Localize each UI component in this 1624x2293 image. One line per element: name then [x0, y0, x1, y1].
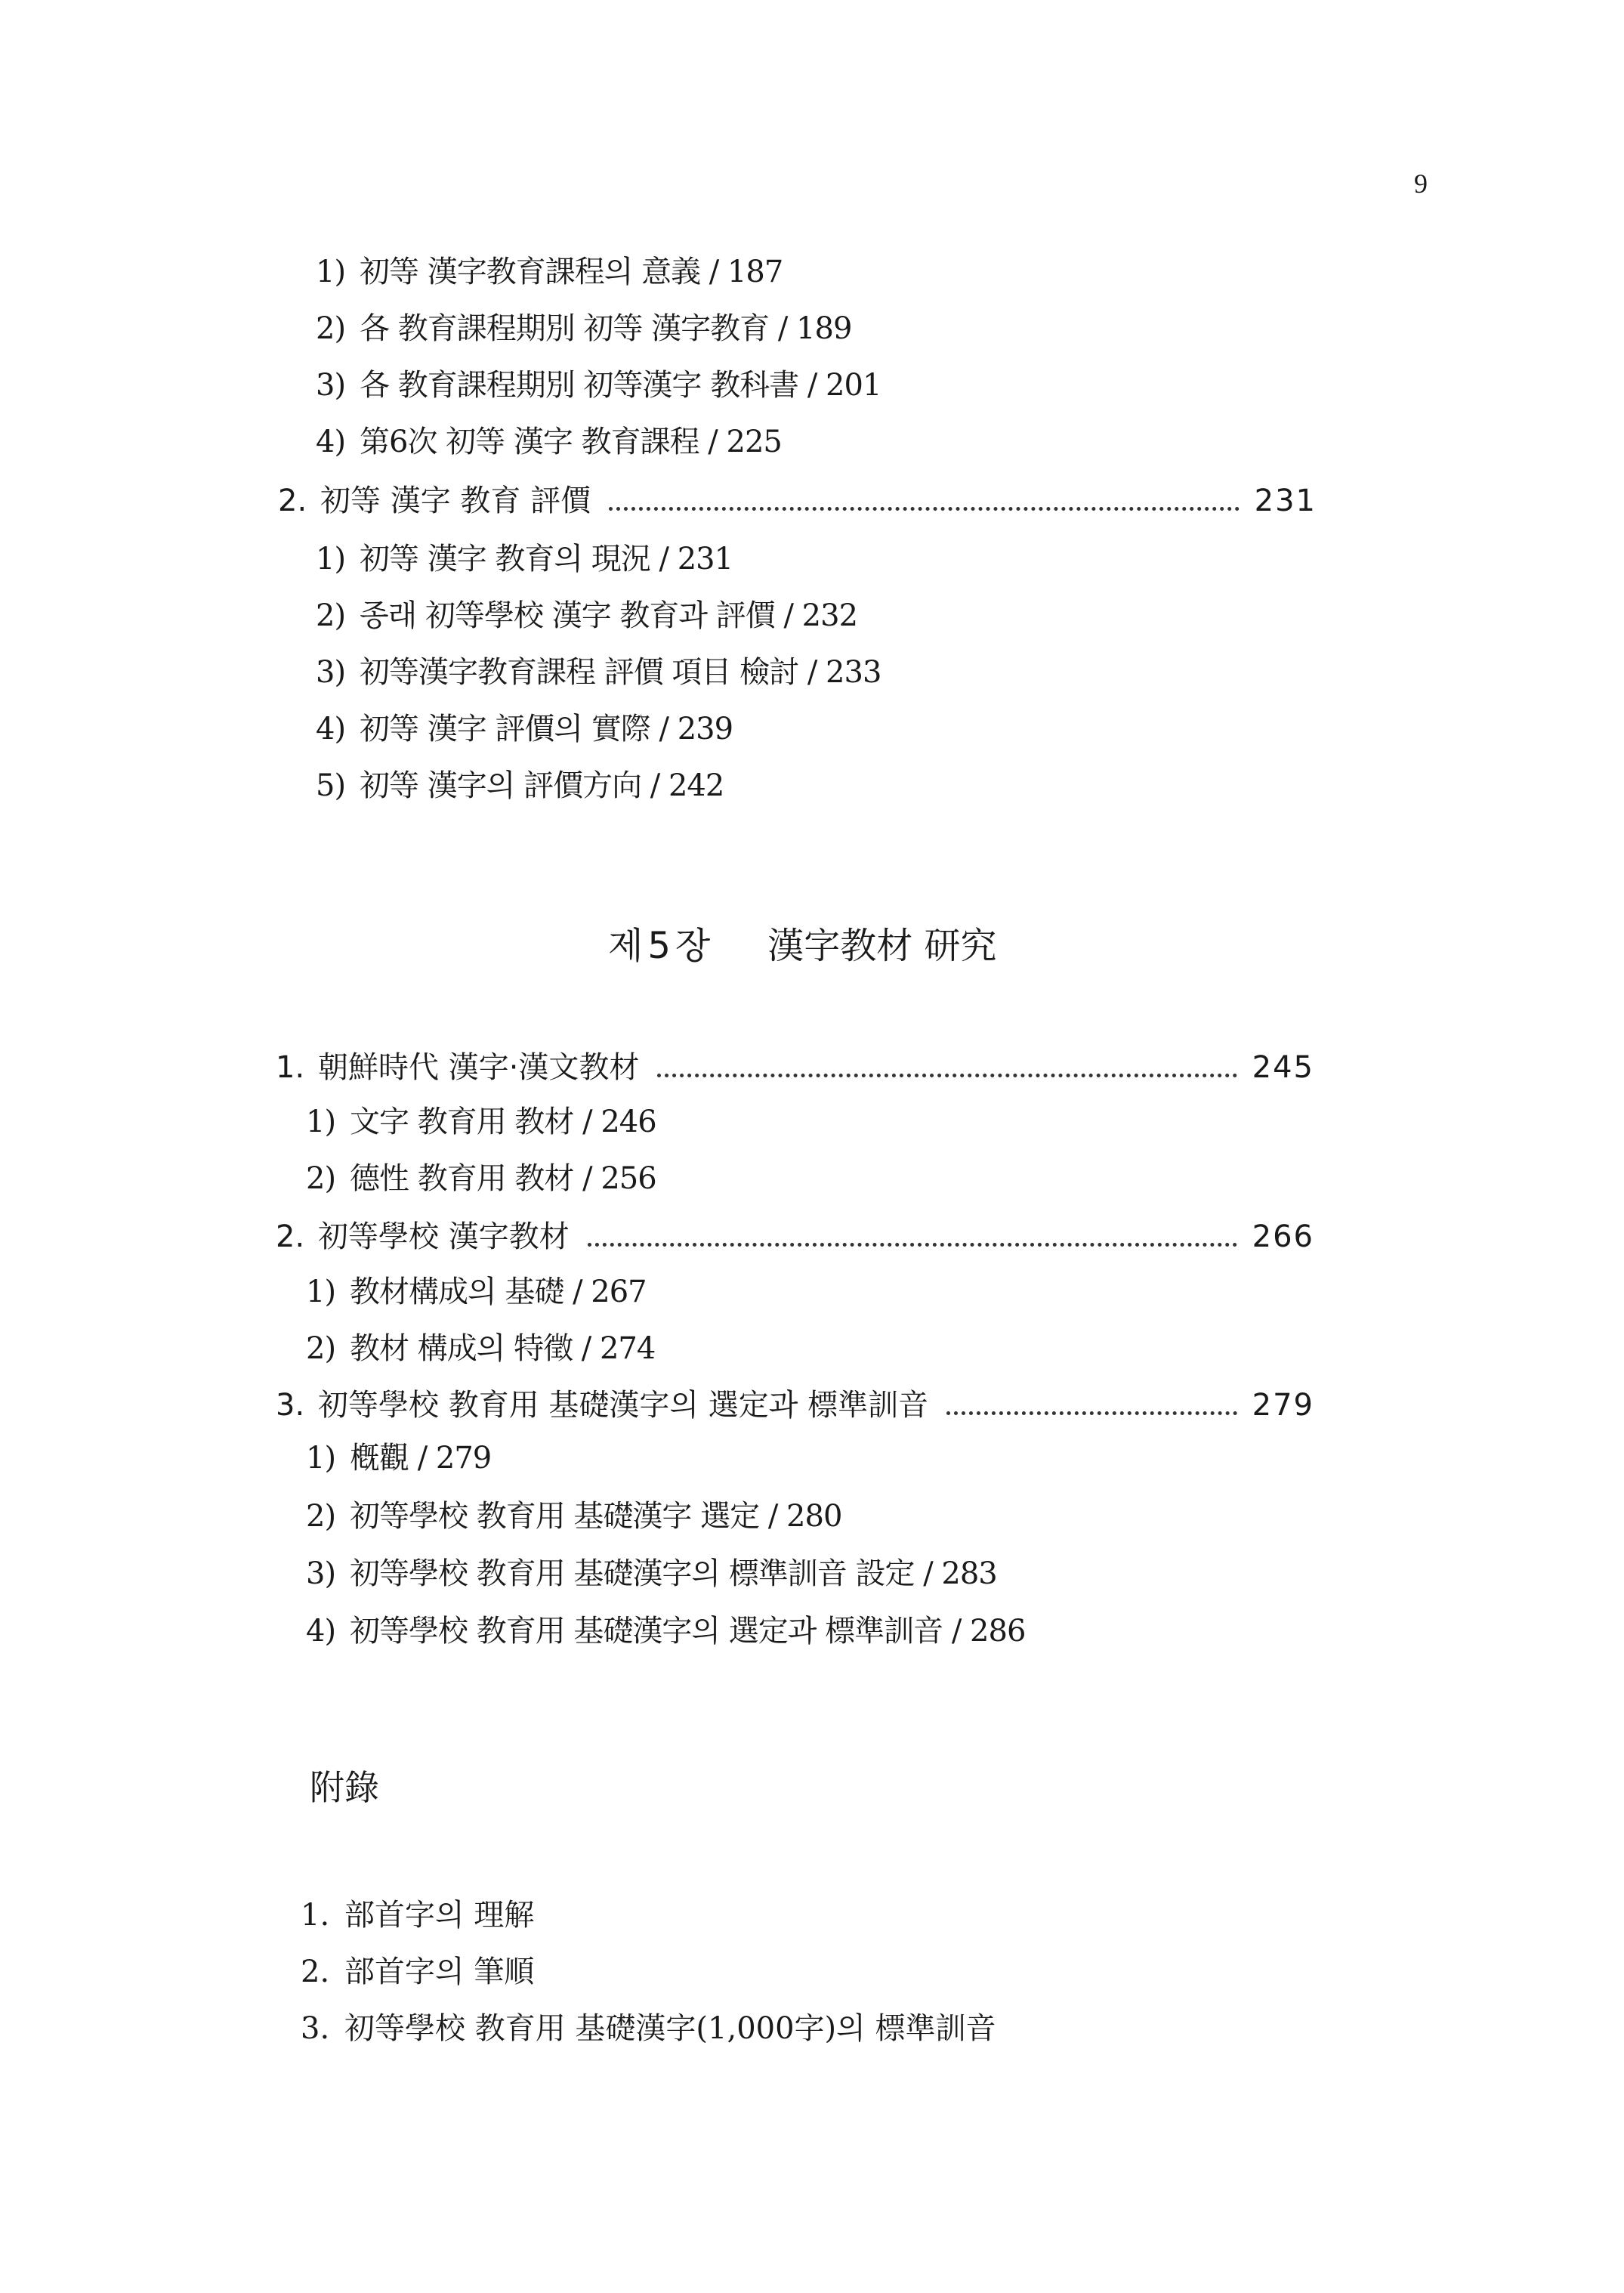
toc-subitem[interactable]: 4)初等 漢字 評價의 實際 / 239 [316, 710, 733, 748]
dot-leader [946, 1411, 1237, 1415]
subitem-number: 1) [316, 540, 360, 578]
section-page-number: 279 [1252, 1386, 1314, 1424]
toc-subitem[interactable]: 1)初等 漢字教育課程의 意義 / 187 [316, 253, 783, 291]
toc-section[interactable]: 2.初等學校 漢字教材266 [276, 1218, 1314, 1256]
toc-subitem[interactable]: 3)初等學校 教育用 基礎漢字의 標準訓音 設定 / 283 [306, 1555, 997, 1593]
toc-subitem[interactable]: 1)教材構成의 基礎 / 267 [306, 1273, 647, 1311]
chapter-title: 漢字教材 研究 [767, 925, 996, 967]
section-number: 3. [276, 1386, 318, 1424]
subitem-number: 2) [306, 1160, 350, 1197]
subitem-text: 初等 漢字의 評價方向 / 242 [360, 768, 724, 803]
toc-subitem[interactable]: 2)德性 教育用 教材 / 256 [306, 1160, 656, 1197]
toc-section[interactable]: 1.朝鮮時代 漢字·漢文教材245 [276, 1049, 1314, 1086]
subitem-text: 各 教育課程期別 初等 漢字教育 / 189 [360, 311, 851, 346]
subitem-text: 初等 漢字 評價의 實際 / 239 [360, 712, 733, 746]
subitem-number: 1) [306, 1273, 350, 1311]
appendix-item-number: 1. [301, 1896, 344, 1934]
subitem-text: 初等學校 教育用 基礎漢字 選定 / 280 [350, 1499, 841, 1534]
subitem-text: 初等學校 教育用 基礎漢字의 標準訓音 設定 / 283 [350, 1556, 997, 1591]
toc-subitem[interactable]: 4)初等學校 教育用 基礎漢字의 選定과 標準訓音 / 286 [306, 1612, 1025, 1650]
section-title: 初等 漢字 教育 評價 [320, 482, 609, 520]
toc-subitem[interactable]: 1)文字 教育用 教材 / 246 [306, 1103, 656, 1141]
section-number: 2. [278, 482, 320, 520]
appendix-item-number: 3. [301, 2010, 344, 2047]
subitem-number: 3) [306, 1555, 350, 1593]
toc-subitem[interactable]: 2)各 教育課程期別 初等 漢字教育 / 189 [316, 310, 851, 348]
chapter-label: 제5장 [608, 925, 715, 967]
section-number: 2. [276, 1218, 318, 1256]
subitem-number: 2) [316, 310, 360, 348]
appendix-item-text: 部首字의 理解 [344, 1898, 534, 1933]
subitem-text: 종래 初等學校 漢字 教育과 評價 / 232 [360, 598, 857, 633]
section-title: 初等學校 漢字教材 [318, 1218, 588, 1256]
subitem-number: 1) [306, 1103, 350, 1141]
section-title: 初等學校 教育用 基礎漢字의 選定과 標準訓音 [318, 1386, 946, 1424]
section-page-number: 266 [1252, 1218, 1314, 1256]
subitem-number: 1) [306, 1439, 350, 1477]
toc-subitem[interactable]: 3)初等漢字教育課程 評價 項目 檢討 / 233 [316, 654, 881, 691]
appendix-item[interactable]: 3.初等學校 教育用 基礎漢字(1,000字)의 標準訓音 [301, 2010, 996, 2047]
appendix-item-text: 部首字의 筆順 [344, 1955, 534, 1989]
subitem-number: 4) [316, 710, 360, 748]
section-page-number: 245 [1252, 1049, 1314, 1086]
toc-subitem[interactable]: 2)教材 構成의 特徵 / 274 [306, 1330, 655, 1367]
subitem-text: 文字 教育用 教材 / 246 [350, 1105, 656, 1139]
toc-subitem[interactable]: 4)第6次 初等 漢字 教育課程 / 225 [316, 423, 782, 461]
subitem-text: 各 教育課程期別 初等漢字 教科書 / 201 [360, 368, 881, 403]
dot-leader [609, 507, 1239, 511]
toc-subitem[interactable]: 1)槪觀 / 279 [306, 1439, 491, 1477]
subitem-text: 初等漢字教育課程 評價 項目 檢討 / 233 [360, 655, 881, 690]
subitem-number: 1) [316, 253, 360, 291]
subitem-text: 第6次 初等 漢字 教育課程 / 225 [360, 425, 782, 459]
chapter-heading: 제5장漢字教材 研究 [608, 923, 997, 969]
subitem-number: 3) [316, 654, 360, 691]
dot-leader [588, 1243, 1237, 1247]
appendix-item-text: 初等學校 教育用 基礎漢字(1,000字)의 標準訓音 [344, 2011, 996, 2046]
subitem-number: 2) [316, 597, 360, 635]
subitem-number: 5) [316, 767, 360, 805]
appendix-title: 附錄 [310, 1766, 379, 1809]
subitem-text: 德性 教育用 教材 / 256 [350, 1161, 656, 1196]
toc-section[interactable]: 2.初等 漢字 教育 評價231 [278, 482, 1317, 520]
subitem-text: 教材 構成의 特徵 / 274 [350, 1331, 655, 1366]
subitem-number: 4) [316, 423, 360, 461]
subitem-text: 初等學校 教育用 基礎漢字의 選定과 標準訓音 / 286 [350, 1614, 1025, 1649]
appendix-item[interactable]: 1.部首字의 理解 [301, 1896, 534, 1934]
toc-subitem[interactable]: 1)初等 漢字 教育의 現況 / 231 [316, 540, 733, 578]
subitem-text: 初等 漢字 教育의 現況 / 231 [360, 542, 733, 576]
appendix-item-number: 2. [301, 1953, 344, 1991]
toc-subitem[interactable]: 2)종래 初等學校 漢字 教育과 評價 / 232 [316, 597, 857, 635]
subitem-text: 槪觀 / 279 [350, 1441, 491, 1476]
section-page-number: 231 [1255, 482, 1317, 520]
toc-section[interactable]: 3.初等學校 教育用 基礎漢字의 選定과 標準訓音279 [276, 1386, 1314, 1424]
page-number: 9 [1414, 168, 1428, 199]
subitem-number: 2) [306, 1330, 350, 1367]
toc-subitem[interactable]: 2)初等學校 教育用 基礎漢字 選定 / 280 [306, 1497, 841, 1535]
subitem-number: 2) [306, 1497, 350, 1535]
appendix-item[interactable]: 2.部首字의 筆順 [301, 1953, 534, 1991]
toc-subitem[interactable]: 3)各 教育課程期別 初等漢字 教科書 / 201 [316, 366, 881, 404]
subitem-number: 4) [306, 1612, 350, 1650]
subitem-number: 3) [316, 366, 360, 404]
dot-leader [657, 1074, 1237, 1077]
subitem-text: 教材構成의 基礎 / 267 [350, 1275, 647, 1309]
toc-subitem[interactable]: 5)初等 漢字의 評價方向 / 242 [316, 767, 724, 805]
section-number: 1. [276, 1049, 318, 1086]
section-title: 朝鮮時代 漢字·漢文教材 [318, 1049, 657, 1086]
subitem-text: 初等 漢字教育課程의 意義 / 187 [360, 255, 783, 289]
